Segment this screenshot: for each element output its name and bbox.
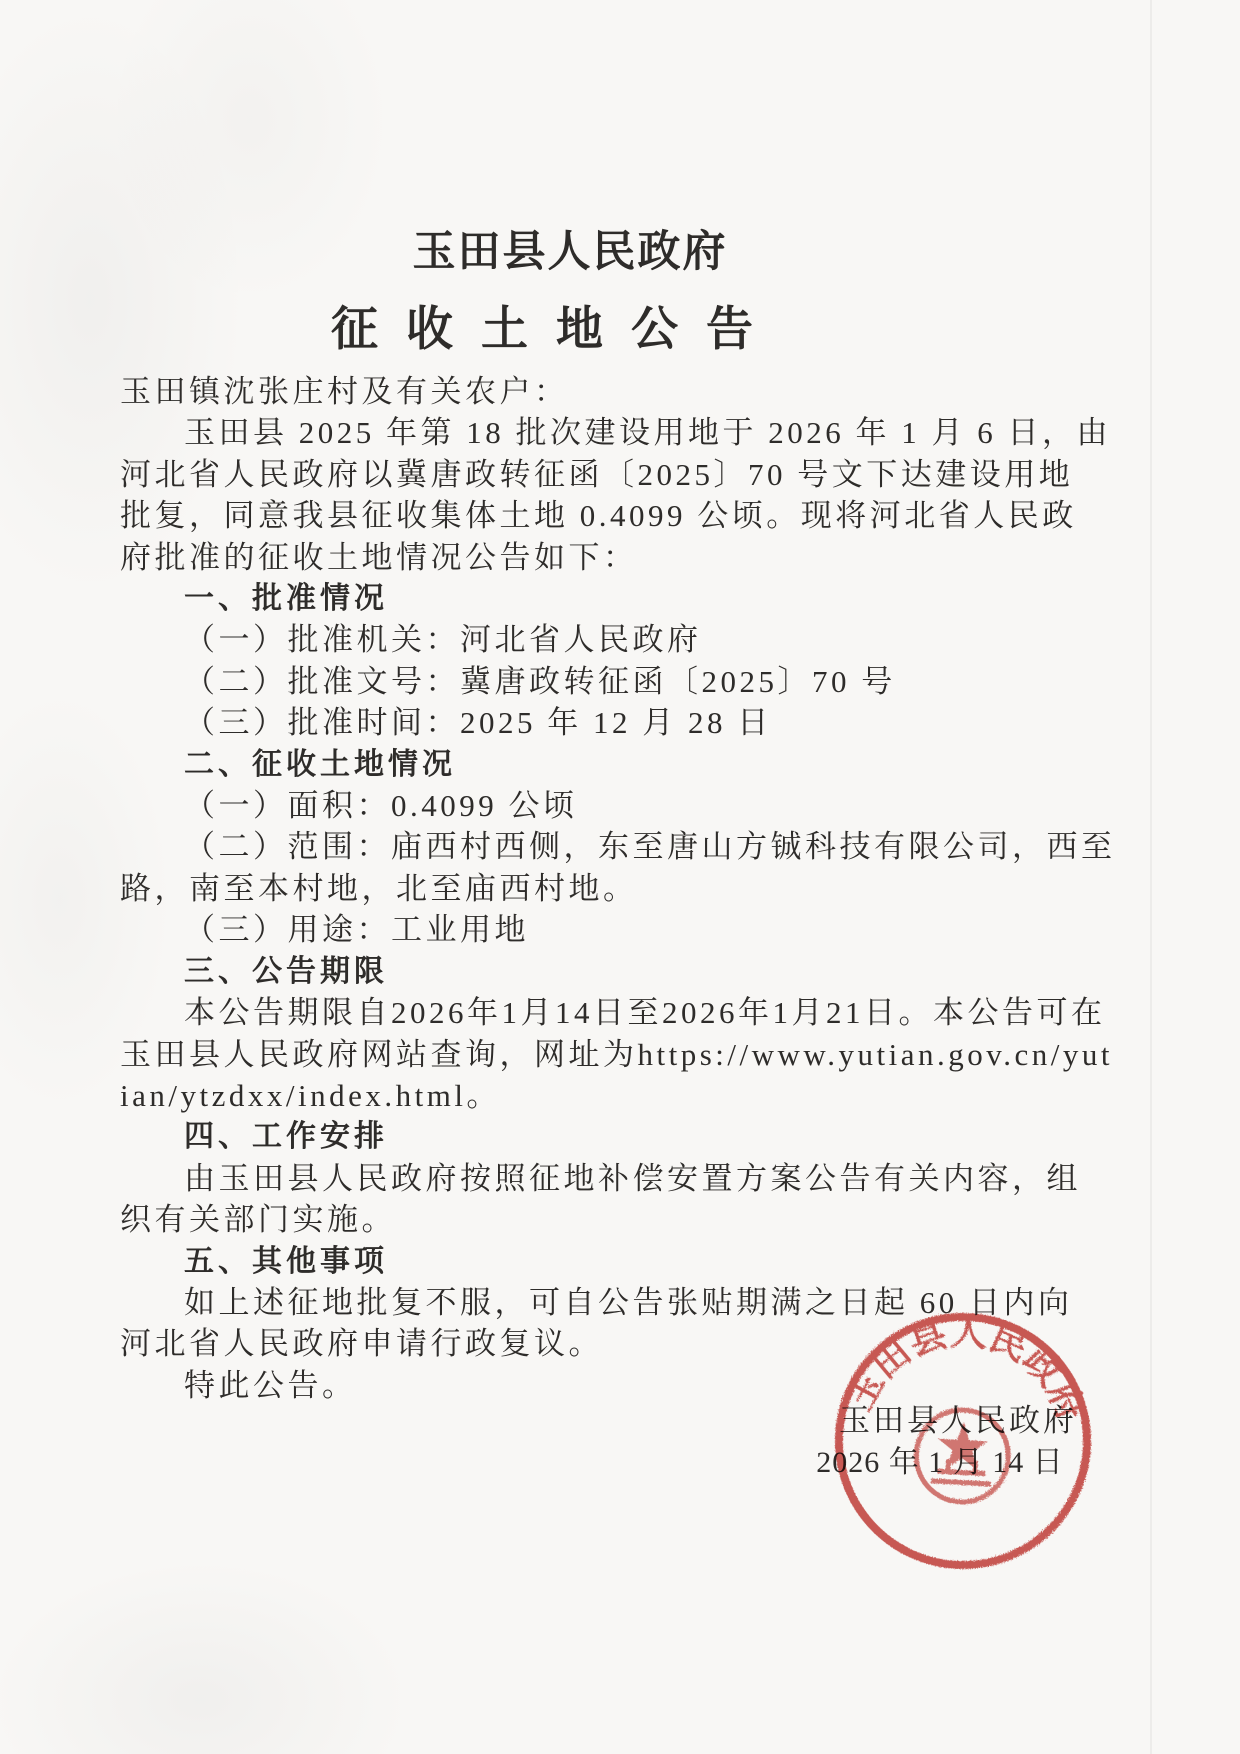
section-2-item-1: （一）面积：0.4099 公顷 — [120, 785, 1124, 826]
document-body: 玉田镇沈张庄村及有关农户： 玉田县 2025 年第 18 批次建设用地于 202… — [120, 371, 1124, 1406]
section-4-line-2: 织有关部门实施。 — [120, 1199, 1124, 1240]
page-title: 玉田县人民政府 — [0, 218, 1140, 279]
official-seal: 玉田县人民政府 — [819, 1297, 1107, 1585]
section-1-item-2: （二）批准文号：冀唐政转征函〔2025〕70 号 — [120, 661, 1124, 702]
seal-emblem — [914, 1408, 1011, 1505]
announcement-page: 玉田县人民政府 征收土地公告 玉田镇沈张庄村及有关农户： 玉田县 2025 年第… — [0, 0, 1240, 1754]
section-3-heading: 三、公告期限 — [120, 951, 1124, 992]
section-5-heading: 五、其他事项 — [120, 1241, 1124, 1282]
page-subtitle: 征收土地公告 — [0, 292, 1126, 359]
section-4-line-1: 由玉田县人民政府按照征地补偿安置方案公告有关内容，组 — [120, 1158, 1124, 1199]
salutation: 玉田镇沈张庄村及有关农户： — [120, 371, 1124, 412]
intro-line-4: 府批准的征收土地情况公告如下： — [120, 537, 1124, 578]
section-3-line-3: ian/ytzdxx/index.html。 — [120, 1075, 1124, 1116]
section-2-item-2-line-2: 路，南至本村地，北至庙西村地。 — [120, 868, 1124, 909]
intro-line-2: 河北省人民政府以冀唐政转征函〔2025〕70 号文下达建设用地 — [120, 454, 1124, 495]
section-2-heading: 二、征收土地情况 — [120, 744, 1124, 785]
section-3-line-1: 本公告期限自2026年1月14日至2026年1月21日。本公告可在 — [120, 992, 1124, 1033]
section-2-item-2-line-1: （二）范围：庙西村西侧，东至唐山方铖科技有限公司，西至 — [120, 826, 1124, 867]
section-1-heading: 一、批准情况 — [120, 578, 1124, 619]
section-2-item-3: （三）用途：工业用地 — [120, 909, 1124, 950]
section-1-item-3: （三）批准时间：2025 年 12 月 28 日 — [120, 702, 1124, 743]
section-4-heading: 四、工作安排 — [120, 1116, 1124, 1157]
intro-line-1: 玉田县 2025 年第 18 批次建设用地于 2026 年 1 月 6 日，由 — [120, 412, 1124, 453]
section-3-line-2: 玉田县人民政府网站查询，网址为https://www.yutian.gov.cn… — [120, 1034, 1124, 1075]
section-1-item-1: （一）批准机关：河北省人民政府 — [120, 619, 1124, 660]
scan-crease-line — [1150, 0, 1152, 1754]
intro-line-3: 批复，同意我县征收集体土地 0.4099 公顷。现将河北省人民政 — [120, 495, 1124, 536]
